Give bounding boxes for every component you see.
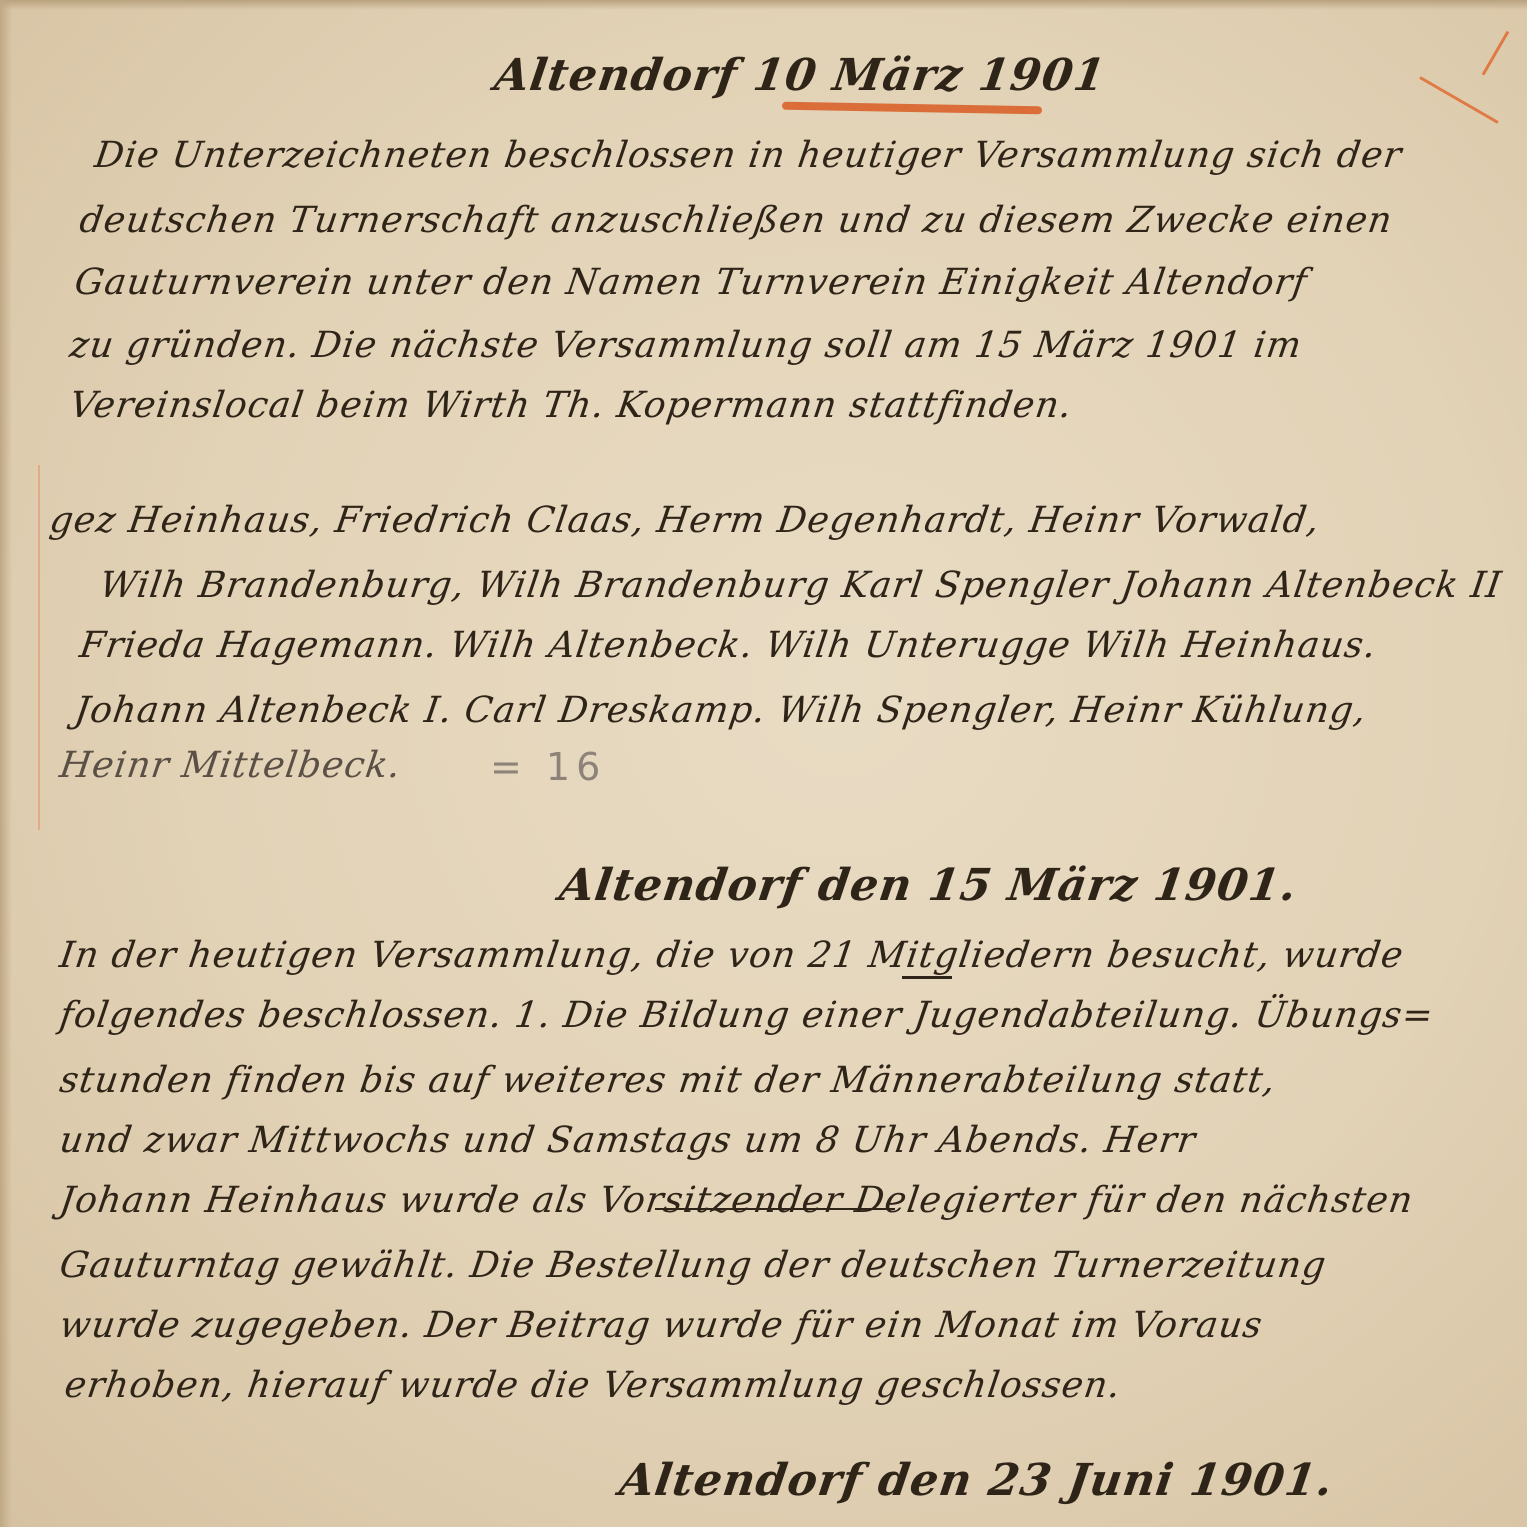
page-mark-stroke — [1419, 76, 1498, 124]
entry2-line-5: Johann Heinhaus wurde als Vorsitzender D… — [57, 1180, 1416, 1221]
signatures-line-5: Heinr Mittelbeck. — [57, 745, 404, 786]
entry1-line-1: Die Unterzeichneten beschlossen in heuti… — [92, 135, 1405, 176]
entry2-line-2: folgendes beschlossen. 1. Die Bildung ei… — [57, 995, 1436, 1036]
vorsitzender-underline — [655, 1208, 895, 1210]
entry2-line-7: wurde zugegeben. Der Beitrag wurde für e… — [57, 1305, 1265, 1346]
signatures-line-1: gez Heinhaus, Friedrich Claas, Herm Dege… — [47, 500, 1322, 541]
entry3-heading: Altendorf den 23 Juni 1901. — [616, 1455, 1336, 1506]
entry2-line-4: und zwar Mittwochs und Samstags um 8 Uhr… — [57, 1120, 1198, 1161]
page-edge-top — [0, 0, 1527, 10]
entry1-line-2: deutschen Turnerschaft anzuschließen und… — [77, 200, 1395, 241]
entry2-heading: Altendorf den 15 März 1901. — [556, 860, 1300, 911]
signatures-line-2: Wilh Brandenburg, Wilh Brandenburg Karl … — [97, 565, 1504, 606]
member-count-note: = 16 — [490, 745, 606, 789]
entry1-line-5: Vereinslocal beim Wirth Th. Kopermann st… — [67, 385, 1075, 426]
page-edge-left — [0, 0, 12, 1527]
signatures-line-4: Johann Altenbeck I. Carl Dreskamp. Wilh … — [72, 690, 1369, 731]
red-margin-line — [38, 465, 40, 830]
entry2-line-8: erhoben, hierauf wurde die Versammlung g… — [62, 1365, 1124, 1406]
members-count-underline — [902, 976, 952, 979]
document-page: Altendorf 10 März 1901 Die Unterzeichnet… — [0, 0, 1527, 1527]
entry2-line-1: In der heutigen Versammlung, die von 21 … — [57, 935, 1406, 976]
entry2-line-3: stunden finden bis auf weiteres mit der … — [57, 1060, 1279, 1101]
entry2-line-6: Gauturntag gewählt. Die Bestellung der d… — [57, 1245, 1329, 1286]
signatures-line-3: Frieda Hagemann. Wilh Altenbeck. Wilh Un… — [77, 625, 1379, 666]
red-pencil-underline — [782, 102, 1042, 115]
page-mark-stroke — [1482, 31, 1510, 76]
entry1-line-4: zu gründen. Die nächste Versammlung soll… — [67, 325, 1305, 366]
entry1-line-3: Gauturnverein unter den Namen Turnverein… — [72, 262, 1310, 303]
entry1-heading: Altendorf 10 März 1901 — [491, 50, 1109, 101]
page-number-mark — [1400, 30, 1490, 110]
